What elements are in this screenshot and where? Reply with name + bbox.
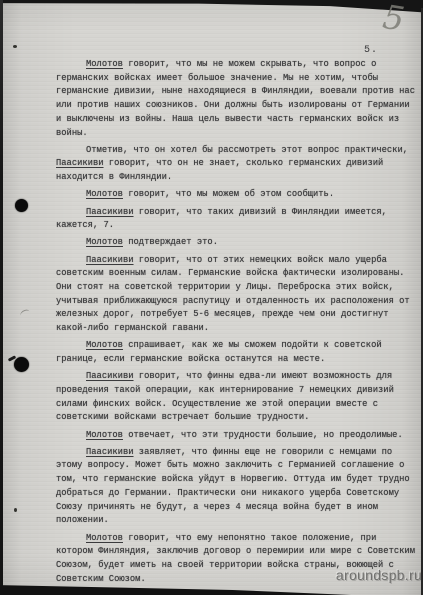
paragraph: Молотов подтверждает это.: [56, 236, 416, 250]
paragraph: Молотов спрашивает, как же мы сможем под…: [56, 339, 416, 366]
speaker-name: Молотов: [86, 189, 123, 199]
hole-punch: [15, 199, 28, 212]
ink-speck: [14, 508, 17, 512]
paragraph-text: отвечает, что эти трудности большие, но …: [123, 430, 403, 440]
speaker-name: Молотов: [86, 430, 123, 440]
handwritten-page-number: 5: [380, 0, 416, 42]
speaker-name: Паасикиви: [86, 207, 134, 217]
watermark: aroundspb.ru: [336, 567, 422, 583]
pencil-mark: [19, 309, 31, 320]
paragraph-text: говорит, что мы можем об этом сообщить.: [123, 189, 334, 199]
speaker-name: Молотов: [86, 59, 123, 69]
hole-punch: [14, 357, 29, 372]
speaker-name: Паасикиви: [86, 447, 134, 457]
paragraph: Паасикиви говорит, что от этих немецких …: [56, 254, 416, 336]
paragraph-text: Отметив, что он хотел бы рассмотреть это…: [86, 145, 408, 155]
document-text: Молотов говорит, что мы не можем скрыват…: [56, 58, 416, 590]
paragraph-text: говорит, что он не знает, сколько герман…: [56, 158, 383, 182]
paragraph-text: говорит, что мы не можем скрывать, что в…: [56, 59, 415, 138]
speaker-name: Паасикиви: [86, 255, 134, 265]
speaker-name: Молотов: [86, 533, 123, 543]
paragraph: Молотов отвечает, что эти трудности боль…: [56, 429, 416, 443]
paragraph-text: говорит, что от этих немецких войск мало…: [56, 255, 410, 334]
typed-page-number: 5.: [364, 45, 378, 56]
paragraph: Молотов говорит, что мы не можем скрыват…: [56, 58, 416, 140]
paragraph-text: заявляет, что финны еще не говорили с не…: [56, 447, 410, 526]
paragraph: Паасикиви говорит, что финны едва-ли име…: [56, 370, 416, 425]
speaker-name: Паасикиви: [86, 371, 134, 381]
speaker-name: Паасикиви: [56, 158, 104, 168]
scan-edge-left: [0, 0, 3, 595]
ink-speck: [13, 45, 17, 48]
speaker-name: Молотов: [86, 340, 123, 350]
paragraph: Отметив, что он хотел бы рассмотреть это…: [56, 144, 416, 185]
scanned-document-page: 5 5. Молотов говорит, что мы не можем ск…: [0, 0, 423, 595]
paragraph: Паасикиви говорит, что таких дивизий в Ф…: [56, 206, 416, 233]
paragraph-text: подтверждает это.: [123, 237, 218, 247]
speaker-name: Молотов: [86, 237, 123, 247]
paragraph: Молотов говорит, что мы можем об этом со…: [56, 188, 416, 202]
paragraph: Паасикиви заявляет, что финны еще не гов…: [56, 446, 416, 528]
scan-edge-top: [0, 0, 423, 14]
